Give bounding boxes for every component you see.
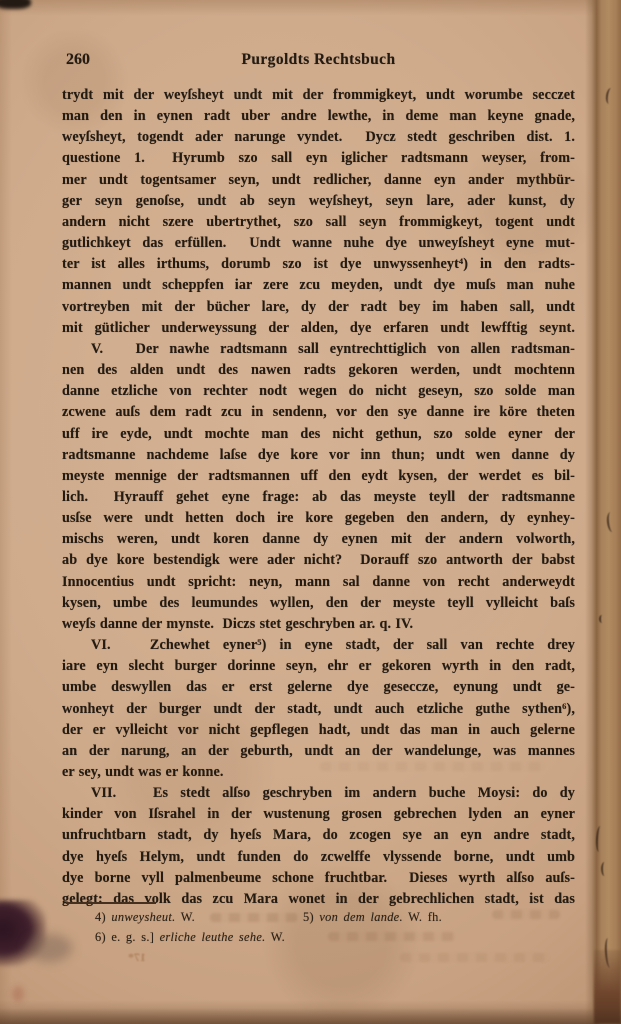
text-line: wonheyt der burger undt der stadt, undt … [62, 699, 575, 720]
text-line: iare eyn slecht burger dorinne seyn, ehr… [62, 656, 575, 677]
footnote-text: 5) [303, 910, 319, 924]
signature-mark-showthrough: 17* [128, 950, 146, 965]
text-line: kinder von Iſsrahel in der wustenung gro… [62, 804, 575, 825]
text-line: nen des alden undt des nawen radts gekor… [62, 360, 575, 381]
book-page-scan: 260 Purgoldts Rechtsbuch trydt mit der w… [0, 0, 621, 1024]
text-line: ger seyn genoſse, undt ab seyn weyſsheyt… [62, 191, 575, 212]
footnote-text: unweysheut. [111, 910, 175, 924]
text-line: weyſsheyt, togendt ader narunge vyndet. … [62, 127, 575, 148]
footnote-text: erliche leuthe sehe. [160, 930, 266, 944]
edge-damage-mark [599, 615, 605, 623]
text-line: gelegt: das volk das zcu Mara wonet in d… [62, 889, 575, 910]
footnote-fn6: 6) e. g. s.] erliche leuthe sehe. W. [95, 930, 285, 945]
text-line: mannen undt scheppfen iar zere zcu meyde… [62, 275, 575, 296]
text-line: mischs weren, undt koren danne dy eynen … [62, 529, 575, 550]
text-line: andern nicht szere ubertrythet, szo sall… [62, 212, 575, 233]
ink-mark-top-left [0, 0, 31, 9]
text-line: vortreyben mit der bücher lare, dy der r… [62, 297, 575, 318]
footnote-text: von dem lande. [319, 910, 403, 924]
running-title: Purgoldts Rechtsbuch [62, 51, 575, 69]
text-line: ter ist alles irthums, dorumb szo ist dy… [62, 254, 575, 275]
text-line: meyste mennige der radtsmannen uff den e… [62, 466, 575, 487]
text-line: trydt mit der weyſsheyt undt mit der fro… [62, 85, 575, 106]
footnote-text: W. [176, 910, 195, 924]
text-line: VI. Zchewhet eyner⁵) in eyne stadt, der … [62, 635, 575, 656]
text-line: radtsmanne nachdeme laſse dye kore vor i… [62, 445, 575, 466]
text-line: mit gütlicher underweyssung der alden, d… [62, 318, 575, 339]
showthrough-ghost [492, 910, 560, 919]
text-line: dye borne vyll palmenbeume schone frucht… [62, 868, 575, 889]
text-line: kysen, umbe des leumundes wyllen, den de… [62, 593, 575, 614]
footnote-text: W. fh. [403, 910, 442, 924]
showthrough-ghost [400, 953, 550, 962]
footnote-text: 6) e. g. s.] [95, 930, 160, 944]
text-line: V. Der nawhe radtsmann sall eyntrechttig… [62, 339, 575, 360]
ink-blot-shadow [26, 934, 72, 962]
text-line: Innocentius undt spricht: neyn, mann sal… [62, 572, 575, 593]
text-line: uff ire eyde, undt mochte man des nicht … [62, 424, 575, 445]
showthrough-ghost [210, 913, 298, 922]
bottom-edge-shadow [0, 1008, 621, 1024]
text-line: dye hyeſs Helym, undt funden do zcwelffe… [62, 847, 575, 868]
text-line: zcwene auſs dem radt zcu in sendenn, vor… [62, 402, 575, 423]
text-line: gutlichkeyt das erfüllen. Undt wanne nuh… [62, 233, 575, 254]
footnote-text: W. [266, 930, 285, 944]
text-line: an der narung, an der geburth, undt an d… [62, 741, 575, 762]
text-line: unfruchtbarn stadt, dy hyeſs Mara, do zc… [62, 825, 575, 846]
text-line: usſse were undt hetten doch ire kore geg… [62, 508, 575, 529]
text-line: weyſs danne der mynste. Diczs stet gesch… [62, 614, 575, 635]
text-line: lich. Hyrauff gehet eyne frage: ab das m… [62, 487, 575, 508]
text-line: questione 1. Hyrumb szo sall eyn igliche… [62, 148, 575, 169]
showthrough-ghost [328, 932, 456, 941]
text-line: VII. Es stedt alſso geschryben im andern… [62, 783, 575, 804]
footnote-rule [66, 902, 156, 904]
edge-damage-mark [601, 862, 608, 876]
text-line: man den in eynen radt uber andre lewthe,… [62, 106, 575, 127]
showthrough-ghost [320, 762, 545, 771]
text-line: der er vylleicht vor nicht gepflegen had… [62, 720, 575, 741]
text-line: umbe deswyllen das er erst gelerne dye g… [62, 677, 575, 698]
body-text-block: trydt mit der weyſsheyt undt mit der fro… [62, 85, 575, 910]
footnote-text: 4) [95, 910, 111, 924]
footnote-fn4: 4) unweysheut. W. [95, 910, 195, 925]
text-line: ab dye kore bestendigk were ader nicht? … [62, 550, 575, 571]
stain-bottom-left [12, 986, 24, 1002]
footnote-fn5: 5) von dem lande. W. fh. [303, 910, 442, 925]
text-line: mer undt togentsamer seyn, undt redliche… [62, 170, 575, 191]
text-line: danne etzliche von rechter nodt wegen do… [62, 381, 575, 402]
